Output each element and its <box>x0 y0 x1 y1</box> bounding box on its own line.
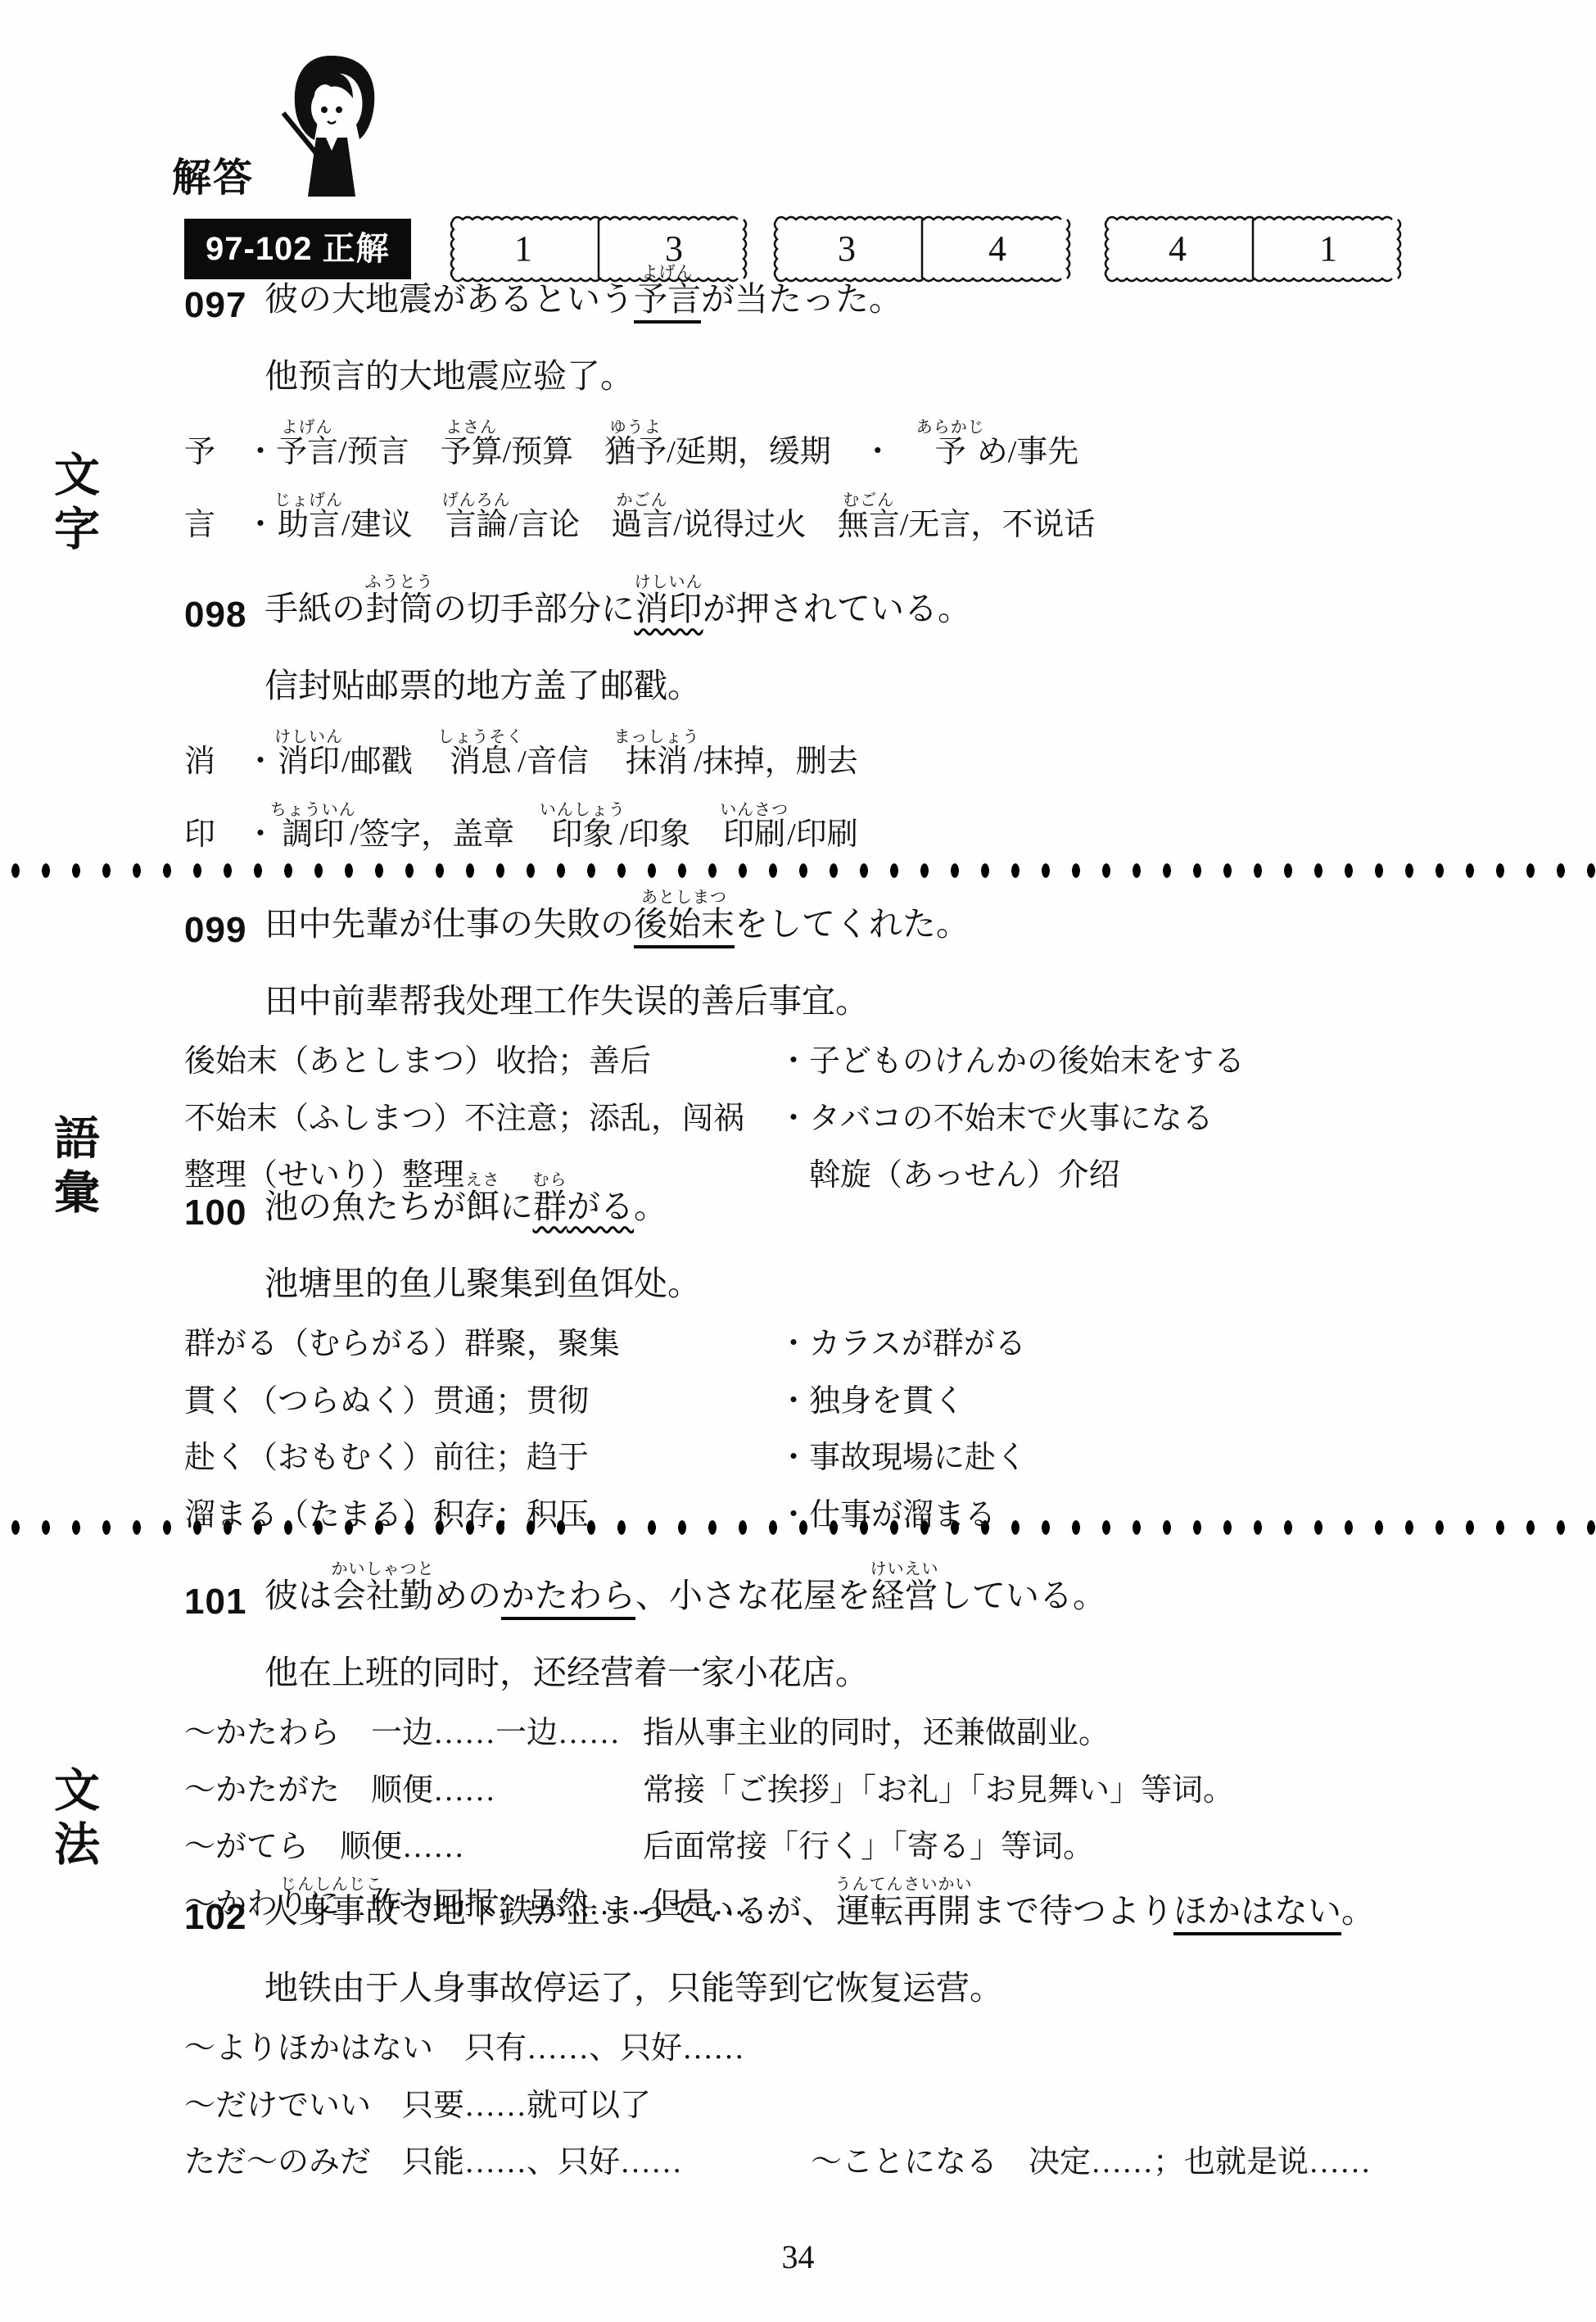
vocab-row: 群がる（むらがる）群聚，聚集・カラスが群がる <box>184 1326 1544 1364</box>
vocab-entry: 溜まる（たまる）积存；积压 <box>184 1497 778 1535</box>
underlined-term: 後始末あとしまつ <box>634 905 735 948</box>
question-translation: 池塘里的鱼儿聚集到鱼饵处。 <box>264 1256 1544 1305</box>
question-number: 099 <box>184 910 246 951</box>
vocab-entry: ～かたわら 一边……一边…… <box>184 1715 643 1753</box>
vocab-row: 消・消印けしいん/邮戳 消息しょうそく/音信 抹消まっしょう/抹掉，删去 <box>184 728 1544 781</box>
vocab-example: ・事故現場に赴く <box>778 1440 1544 1478</box>
underlined-term: 予言よげん <box>634 280 701 324</box>
vocab-example: 指从事主业的同时，还兼做副业。 <box>643 1715 1544 1753</box>
question-number: 098 <box>184 595 246 636</box>
question-block-098: 098 手紙の封筒ふうとうの切手部分に消印けしいんが押されている。 信封贴邮票的… <box>184 573 1544 873</box>
question-translation: 他预言的大地震应验了。 <box>264 349 1544 397</box>
question-translation: 他在上班的同时，还经营着一家小花店。 <box>264 1645 1544 1694</box>
vocab-example: ・カラスが群がる <box>778 1326 1544 1364</box>
sidebar-label-goi: 語彙 <box>41 1114 106 1222</box>
vocab-row: ～がてら 顺便……后面常接「行く」「寄る」等词。 <box>184 1829 1544 1867</box>
vocab-example: ・仕事が溜まる <box>778 1497 1544 1535</box>
question-block-102: 102 人身事故じんしんじこで地下鉄が止まっているが、運転再開うんてんさいかいま… <box>184 1876 1544 2202</box>
vocab-row: 貫く（つらぬく）贯通；贯彻・独身を貫く <box>184 1383 1544 1421</box>
vocab-row: ～よりほかはない 只有……、只好…… <box>184 2030 1544 2068</box>
question-number: 097 <box>184 285 246 326</box>
vocab-example: ・子どものけんかの後始末をする <box>778 1043 1544 1081</box>
vocab-row: 赴く（おもむく）前往；趋于・事故現場に赴く <box>184 1440 1544 1478</box>
vocab-entry: ～だけでいい 只要……就可以了 <box>184 2088 651 2125</box>
question-sentence: 手紙の封筒ふうとうの切手部分に消印けしいんが押されている。 <box>264 573 1544 647</box>
vocab-entry: ～よりほかはない 只有……、只好…… <box>184 2030 744 2068</box>
kanji-head: 予 <box>184 434 245 472</box>
vocab-row: 溜まる（たまる）积存；积压・仕事が溜まる <box>184 1497 1544 1535</box>
question-translation: 田中前辈帮我处理工作失误的善后事宜。 <box>264 974 1544 1022</box>
vocab-example: 后面常接「行く」「寄る」等词。 <box>643 1829 1544 1867</box>
question-vocab: 群がる（むらがる）群聚，聚集・カラスが群がる貫く（つらぬく）贯通；贯彻・独身を貫… <box>184 1326 1544 1534</box>
question-sentence: 人身事故じんしんじこで地下鉄が止まっているが、運転再開うんてんさいかいまで待つよ… <box>264 1876 1544 1949</box>
vocab-entry: 後始末（あとしまつ）收拾；善后 <box>184 1043 778 1081</box>
question-sentence: 田中先輩が仕事の失敗の後始末あとしまつをしてくれた。 <box>264 889 1544 962</box>
vocab-row: ～かたがた 顺便……常接「ご挨拶」「お礼」「お見舞い」等词。 <box>184 1772 1544 1810</box>
question-vocab: ～よりほかはない 只有……、只好……～だけでいい 只要……就可以了ただ～のみだ … <box>184 2030 1544 2182</box>
vocab-example: 常接「ご挨拶」「お礼」「お見舞い」等词。 <box>643 1772 1544 1810</box>
underlined-term: 消印けしいん <box>635 590 703 627</box>
question-vocab: 消・消印けしいん/邮戳 消息しょうそく/音信 抹消まっしょう/抹掉，删去印・調印… <box>184 728 1544 853</box>
kanji-head: 印 <box>184 817 245 854</box>
question-sentence: 池の魚たちが餌えさに群むらがる。 <box>264 1171 1544 1245</box>
vocab-entry: ～がてら 顺便…… <box>184 1829 643 1867</box>
vocab-example: ・独身を貫く <box>778 1383 1544 1421</box>
underlined-term: 群むら <box>533 1188 567 1225</box>
underlined-term: かたわら <box>501 1577 635 1620</box>
sidebar-label-moji: 文字 <box>41 450 106 559</box>
page-section-title: 解答 <box>172 146 254 202</box>
question-translation: 地铁由于人身事故停运了，只能等到它恢复运营。 <box>264 1961 1544 2009</box>
vocab-entry: 貫く（つらぬく）贯通；贯彻 <box>184 1383 778 1421</box>
question-translation: 信封贴邮票的地方盖了邮戳。 <box>264 659 1544 707</box>
question-block-097: 097 彼の大地震があるという予言よげんが当たった。 他预言的大地震应验了。 予… <box>184 264 1544 564</box>
vocab-row: 予・予言よげん/预言 予算よさん/预算 猶予ゆうよ/延期，缓期 ・ 予あらかじめ… <box>184 419 1544 472</box>
question-number: 102 <box>184 1897 246 1938</box>
vocab-row: ～かたわら 一边……一边……指从事主业的同时，还兼做副业。 <box>184 1715 1544 1753</box>
underlined-term: がる <box>567 1188 634 1225</box>
kanji-head: 言 <box>184 507 245 545</box>
textbook-answer-page: 解答 97-102 正解 1 3 3 4 4 1 文字 語彙 文法 0 <box>0 0 1596 2322</box>
question-sentence: 彼の大地震があるという予言よげんが当たった。 <box>264 264 1544 337</box>
question-number: 100 <box>184 1193 246 1233</box>
vocab-entry: 赴く（おもむく）前往；趋于 <box>184 1440 778 1478</box>
teacher-girl-illustration <box>277 52 385 198</box>
vocab-entry: ・調印ちょういん/签字，盖章 印象いんしょう/印象 印刷いんさつ/印刷 <box>245 801 858 854</box>
vocab-entry: ～かたがた 顺便…… <box>184 1772 643 1810</box>
vocab-entry: 群がる（むらがる）群聚，聚集 <box>184 1326 778 1364</box>
teacher-girl-icon <box>277 52 385 198</box>
vocab-entry: ・予言よげん/预言 予算よさん/预算 猶予ゆうよ/延期，缓期 ・ 予あらかじめ/… <box>245 419 1078 472</box>
page-number: 34 <box>0 2238 1596 2276</box>
question-block-100: 100 池の魚たちが餌えさに群むらがる。 池塘里的鱼儿聚集到鱼饵处。 群がる（む… <box>184 1171 1544 1554</box>
vocab-entry: 不始末（ふしまつ）不注意；添乱，闯祸 <box>184 1101 778 1138</box>
vocab-entry: ただ～のみだ 只能……、只好…… <box>184 2144 811 2182</box>
question-block-099: 099 田中先輩が仕事の失敗の後始末あとしまつをしてくれた。 田中前辈帮我处理工… <box>184 889 1544 1215</box>
vocab-row: 印・調印ちょういん/签字，盖章 印象いんしょう/印象 印刷いんさつ/印刷 <box>184 801 1544 854</box>
underlined-term: ほかはない <box>1173 1892 1341 1935</box>
vocab-example: ・タバコの不始末で火事になる <box>778 1101 1544 1138</box>
question-sentence: 彼は会社勤かいしゃつとめのかたわら、小さな花屋を経営けいえいしている。 <box>264 1560 1544 1634</box>
vocab-entry: ・助言じょげん/建议 言論げんろん/言论 過言かごん/说得过火 無言むごん/无言… <box>245 491 1095 545</box>
vocab-entry: ・消印けしいん/邮戳 消息しょうそく/音信 抹消まっしょう/抹掉，删去 <box>245 728 858 781</box>
vocab-row: 後始末（あとしまつ）收拾；善后・子どものけんかの後始末をする <box>184 1043 1544 1081</box>
vocab-row: ～だけでいい 只要……就可以了 <box>184 2088 1544 2125</box>
sidebar-label-bunpo: 文法 <box>41 1766 106 1874</box>
vocab-example: ～ことになる 决定……；也就是说…… <box>811 2144 1544 2182</box>
vocab-row: 不始末（ふしまつ）不注意；添乱，闯祸・タバコの不始末で火事になる <box>184 1101 1544 1138</box>
question-vocab: 予・予言よげん/预言 予算よさん/预算 猶予ゆうよ/延期，缓期 ・ 予あらかじめ… <box>184 419 1544 544</box>
vocab-row: 言・助言じょげん/建议 言論げんろん/言论 過言かごん/说得过火 無言むごん/无… <box>184 491 1544 545</box>
vocab-row: ただ～のみだ 只能……、只好……～ことになる 决定……；也就是说…… <box>184 2144 1544 2182</box>
question-number: 101 <box>184 1582 246 1623</box>
kanji-head: 消 <box>184 744 245 781</box>
